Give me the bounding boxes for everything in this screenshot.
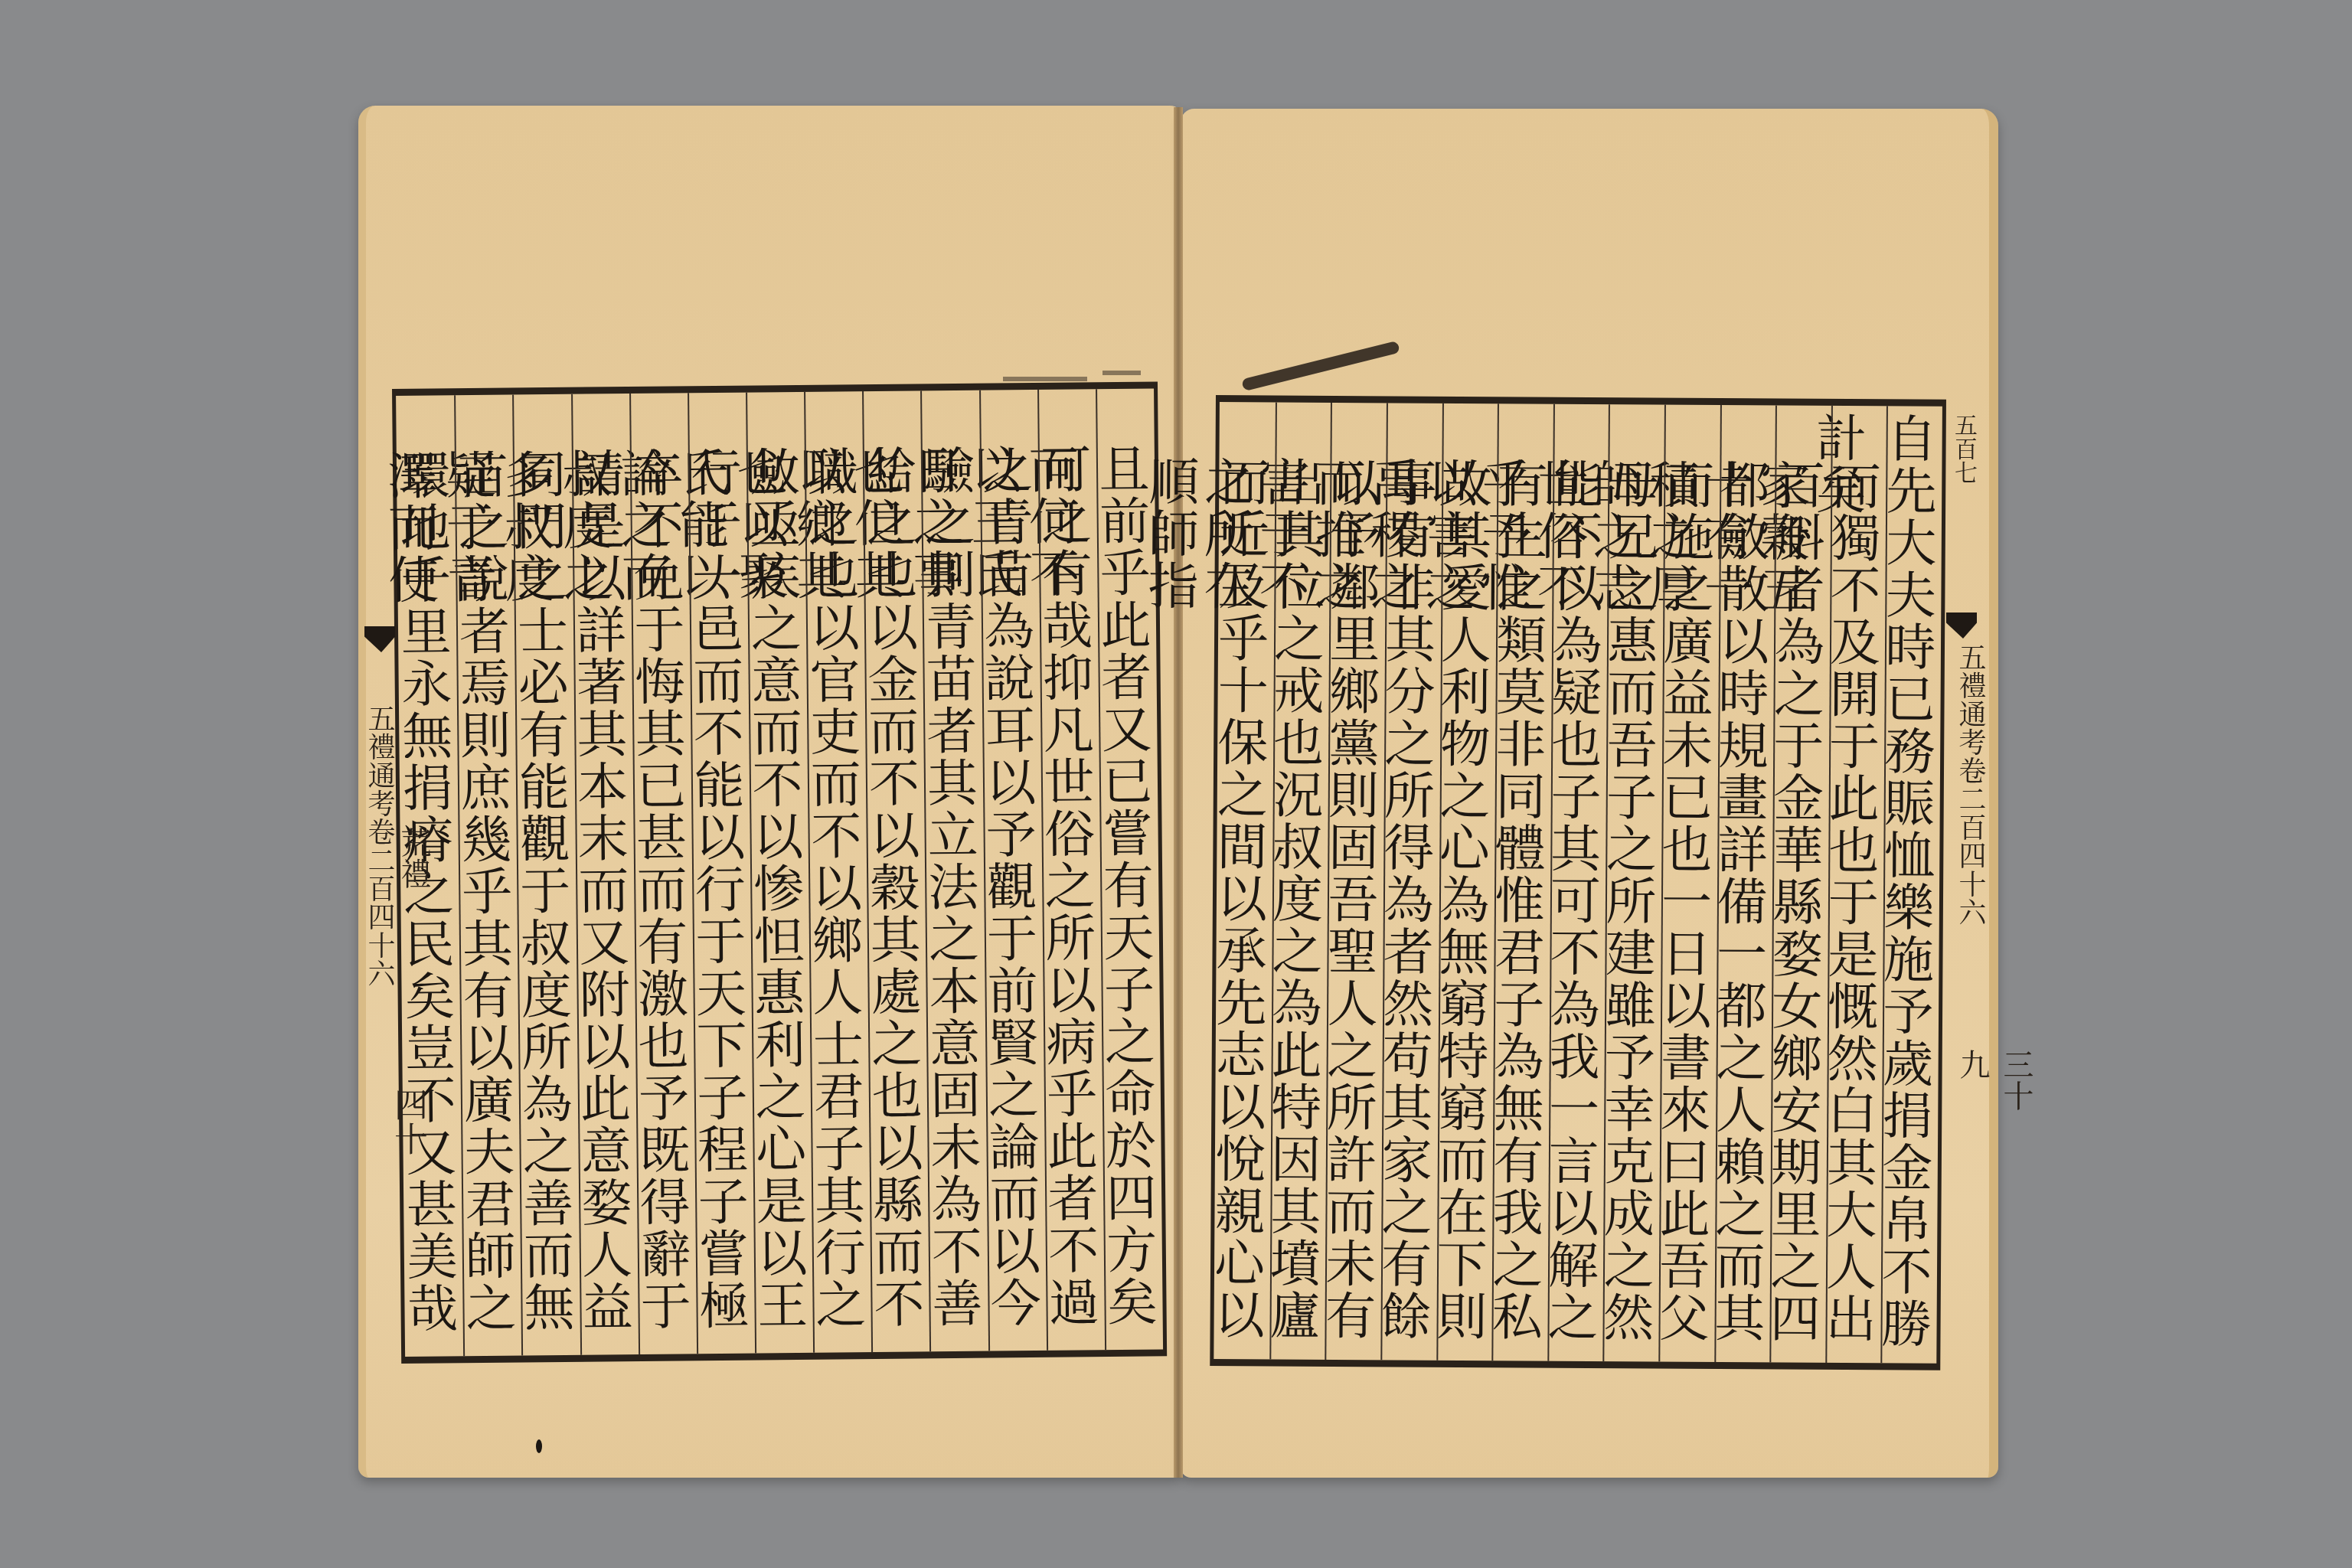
text-column: 能不以為疑也子其可不為我一言以解之乎予惟 [1547, 404, 1609, 1361]
open-book: 且前乎此者又已嘗有天子之命於四方矣而何不可之有哉抑凡世俗之所以病乎此者不過以王氏… [0, 0, 2352, 1568]
text-column: 事有非其分之所得為者然苟其家之有餘而推之 [1380, 403, 1442, 1360]
text-column: 百斛者為之于金華縣婺女鄉安期里之四十有一 [1769, 405, 1831, 1362]
left-page-number: 四十 [383, 1087, 432, 1164]
right-text-columns: 自先大夫時已務賑恤樂施予歲捐金帛不勝計矣而獨不及開于此也于是慨然白其大人出家穀五… [1214, 402, 1942, 1364]
text-column: 卒不免于悔其已甚而有激也予既得辭于叔度之 [629, 393, 697, 1354]
text-column: 而獨不及開于此也于是慨然白其大人出家穀五 [1825, 406, 1886, 1363]
ink-fragment [1003, 377, 1087, 381]
right-text-frame: 自先大夫時已務賑恤樂施予歲捐金帛不勝計矣而獨不及開于此也于是慨然白其大人出家穀五… [1210, 395, 1946, 1370]
right-page-number: 三十九 [1951, 1049, 2038, 1141]
text-column: 而施之廣益未已也一日以書來曰此吾父師之志 [1658, 405, 1720, 1362]
text-column: 請是以詳著其本末而又附以此意婺人益多叔度 [571, 394, 639, 1355]
text-column: 行于一邑而不能以行于天下子程子嘗極論之而 [688, 393, 755, 1354]
text-column: 同門之士必有能觀于叔度所為之善而無疑于青 [513, 394, 580, 1356]
ink-fragment [1102, 371, 1141, 375]
text-column: 職之也以官吏而不以鄉人士君子其行之也以聚 [804, 391, 871, 1353]
ink-spot [536, 1439, 542, 1453]
text-column: 可之有哉抑凡世俗之所以病乎此者不過以王氏 [1037, 389, 1105, 1351]
text-column: 而近及乎十保之間以承先志以悅親心以順師指 [1214, 402, 1275, 1359]
text-column: 母兄之惠而吾子之所建雖予幸克成之然世俗不 [1603, 404, 1664, 1361]
text-column: 給之也以金而不以穀其處之也以縣而不以鄉其 [862, 390, 929, 1352]
text-column: 都斂散以時規畫詳備一都之人賴之而其積之厚 [1714, 405, 1775, 1362]
right-margin-title: 五禮通考卷二百四十六 [1951, 643, 1990, 934]
text-column: 以予鄰里鄉黨則固吾聖人之所許而未有害于不 [1325, 403, 1387, 1360]
book-gutter [1174, 107, 1183, 1478]
text-column: 自先大夫時已務賑恤樂施予歲捐金帛不勝計矣 [1881, 406, 1942, 1363]
left-text-frame: 且前乎此者又已嘗有天子之命於四方矣而何不可之有哉抑凡世俗之所以病乎此者不過以王氏… [392, 381, 1167, 1364]
text-column: 有生之類莫非同體惟君子為無有我之私以害之 [1491, 403, 1553, 1361]
text-column: 出其位之戒也況叔度之為此特因其墳廬之所在 [1269, 402, 1331, 1359]
right-margin-top: 五百七 [1946, 413, 1980, 505]
text-column: 驗之則青苗者其立法之本意固未為不善也但其 [920, 390, 988, 1352]
text-column: 苗之說者焉則庶幾乎其有以廣夫君師之澤而使 [454, 394, 521, 1356]
text-column: 故其愛人利物之心為無窮特窮而在下則禹稷之 [1436, 403, 1498, 1361]
left-margin-section: 荒禮 [392, 827, 436, 919]
left-text-columns: 且前乎此者又已嘗有天子之命於四方矣而何不可之有哉抑凡世俗之所以病乎此者不過以王氏… [396, 388, 1163, 1356]
text-column: 之青苗為說耳以予觀于前賢之論而以今日之事 [979, 390, 1047, 1351]
text-column: 斂亟疾之意而不以惨怛惠利之心是以王氏能以 [746, 392, 813, 1354]
